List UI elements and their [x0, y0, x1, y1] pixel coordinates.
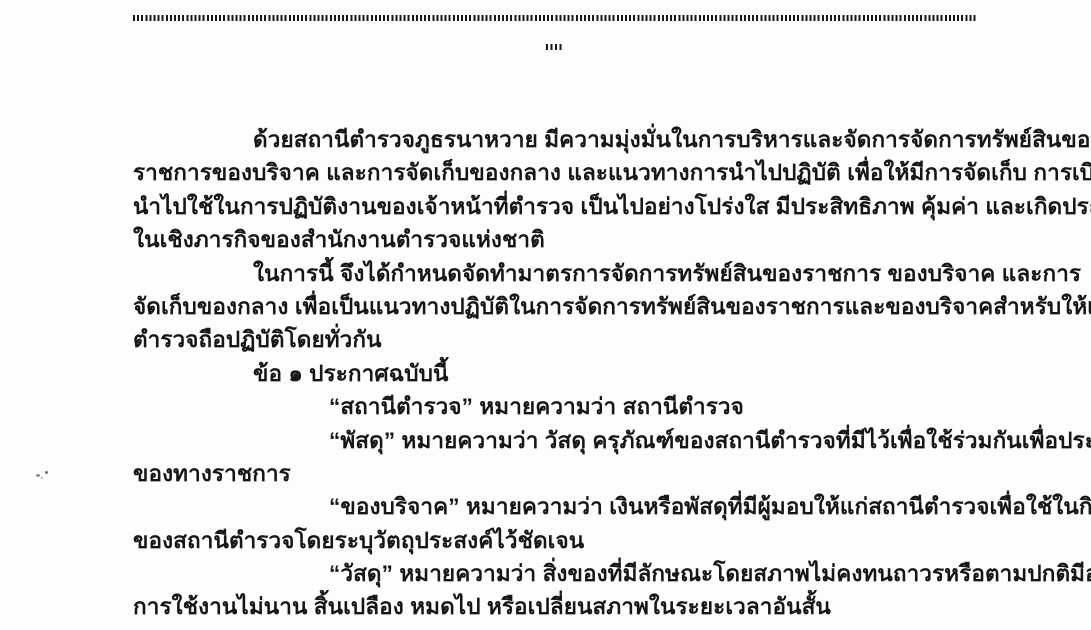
definition-line: “ของบริจาค” หมายความว่า เงินหรือพัสดุที่… [329, 490, 979, 523]
paragraph-line: ในการนี้ จึงได้กำหนดจัดทำมาตรการจัดการทร… [253, 257, 979, 290]
scan-speckle [45, 471, 48, 474]
paragraph-line: ตำรวจถือปฏิบัติโดยทั่วกัน [133, 323, 979, 356]
dotted-leader-rule [133, 15, 977, 21]
dotted-leader-fragment [546, 44, 564, 50]
definition-line: “วัสดุ” หมายความว่า สิ่งของที่มีลักษณะโด… [329, 557, 979, 590]
scanned-document-page: ด้วยสถานีตำรวจภูธรนาหวาย มีความมุ่งมั่นใ… [0, 0, 1091, 630]
definition-line: การใช้งานไม่นาน สิ้นเปลือง หมดไป หรือเปล… [133, 590, 979, 623]
paragraph-line: นำไปใช้ในการปฏิบัติงานของเจ้าหน้าที่ตำรว… [133, 190, 979, 223]
definition-line: “สถานีตำรวจ” หมายความว่า สถานีตำรวจ [329, 390, 979, 423]
document-body-text: ด้วยสถานีตำรวจภูธรนาหวาย มีความมุ่งมั่นใ… [133, 123, 979, 624]
paragraph-line: ด้วยสถานีตำรวจภูธรนาหวาย มีความมุ่งมั่นใ… [253, 123, 979, 156]
paragraph-line: ในเชิงภารกิจของสำนักงานตำรวจแห่งชาติ [133, 223, 979, 256]
paragraph-line: จัดเก็บของกลาง เพื่อเป็นแนวทางปฏิบัติในก… [133, 290, 979, 323]
clause-heading-line: ข้อ ๑ ประกาศฉบับนี้ [253, 357, 979, 390]
definition-line: “พัสดุ” หมายความว่า วัสดุ ครุภัณฑ์ของสถา… [329, 424, 979, 457]
scan-speckle [41, 477, 43, 479]
definition-line: ของสถานีตำรวจโดยระบุวัตถุประสงค์ไว้ชัดเจ… [133, 524, 979, 557]
definition-line: ของทางราชการ [133, 457, 979, 490]
scan-speckle [36, 474, 40, 477]
paragraph-line: ราชการของบริจาค และการจัดเก็บของกลาง และ… [133, 156, 979, 189]
